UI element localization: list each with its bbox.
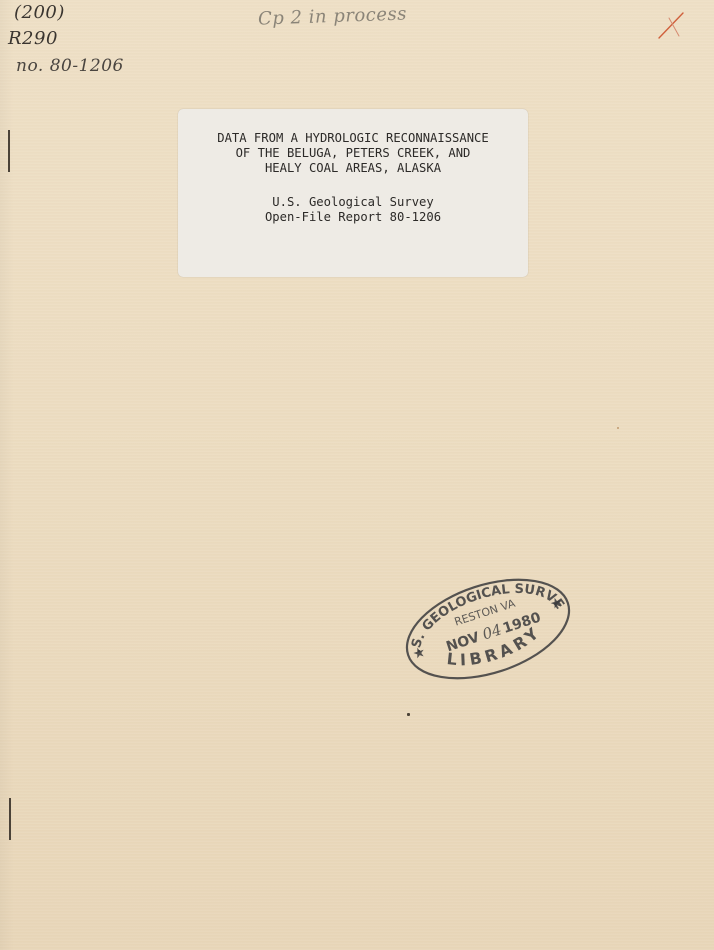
handwritten-call-number-1: (200) — [14, 2, 65, 23]
title-label: DATA FROM A HYDROLOGIC RECONNAISSANCE OF… — [178, 109, 528, 277]
agency-name: U.S. Geological Survey — [178, 195, 528, 210]
handwritten-call-number-2: R290 — [8, 28, 58, 49]
cover-edge — [0, 0, 14, 950]
staple-bottom — [9, 798, 11, 840]
stamp-star-left-icon: ★ — [410, 643, 427, 662]
staple-top — [8, 130, 10, 172]
red-x-mark-icon — [657, 10, 687, 40]
paper-speck — [617, 427, 619, 429]
handwritten-call-number-3: no. 80-1206 — [16, 56, 124, 76]
report-title: DATA FROM A HYDROLOGIC RECONNAISSANCE OF… — [178, 131, 528, 176]
publisher-block: U.S. Geological Survey Open-File Report … — [178, 195, 528, 225]
title-line-2: OF THE BELUGA, PETERS CREEK, AND — [178, 146, 528, 161]
paper-speck — [407, 713, 410, 716]
title-line-3: HEALY COAL AREAS, ALASKA — [178, 161, 528, 176]
report-number: Open-File Report 80-1206 — [178, 210, 528, 225]
title-line-1: DATA FROM A HYDROLOGIC RECONNAISSANCE — [178, 131, 528, 146]
library-stamp: U.S. GEOLOGICAL SURVEY LIBRARY RESTON VA… — [398, 568, 578, 690]
stamp-star-right-icon: ★ — [548, 593, 565, 612]
stamp-day: 04 — [480, 620, 504, 643]
handwritten-process-note: Cp 2 in process — [258, 3, 408, 29]
